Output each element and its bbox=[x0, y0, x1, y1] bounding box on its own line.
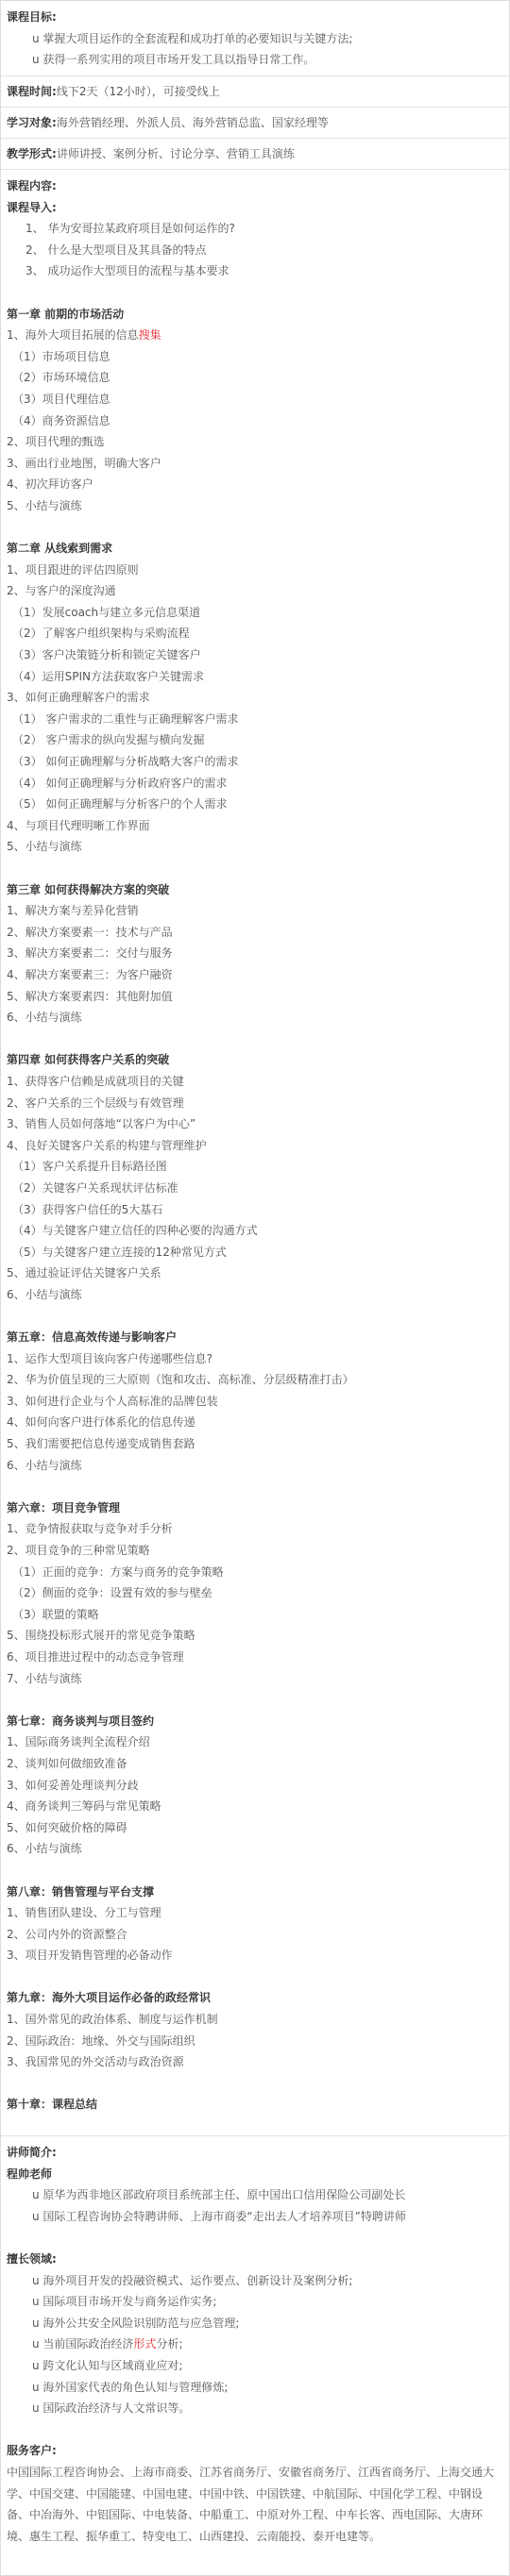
chapter-subitem: （3）项目代理信息 bbox=[7, 389, 503, 410]
chapter-subitem: （4） 如何正确理解与分析政府客户的需求 bbox=[7, 773, 503, 795]
chapter-item: 6、小结与演练 bbox=[7, 1838, 503, 1860]
chapter-item: 1、竞争情报获取与竞争对手分析 bbox=[7, 1518, 503, 1540]
content-row: 课程内容: 课程导入: 1、 华为安哥拉某政府项目是如何运作的? 2、 什么是大… bbox=[1, 170, 509, 2136]
expertise-item: u 海外公共安全风险识别防范与应急管理; bbox=[7, 2313, 503, 2334]
chapter-item: 1、销售团队建设、分工与管理 bbox=[7, 1902, 503, 1924]
intro-item: 1、 华为安哥拉某政府项目是如何运作的? bbox=[7, 218, 503, 240]
chapter-item: 4、良好关键客户关系的构建与管理维护 bbox=[7, 1135, 503, 1157]
chapter-subitem: （3）联盟的策略 bbox=[7, 1604, 503, 1626]
chapter-subitem: （2）市场环境信息 bbox=[7, 367, 503, 389]
chapter-item: 2、国际政治：地缘、外交与国际组织 bbox=[7, 2031, 503, 2052]
duration-label: 课程时间: bbox=[7, 85, 57, 98]
chapter-item: 2、华为价值呈现的三大原则（饱和攻击、高标准、分层级精准打击） bbox=[7, 1369, 503, 1391]
chapter-item: 4、如何向客户进行体系化的信息传递 bbox=[7, 1412, 503, 1433]
format-row: 教学形式:讲师讲授、案例分析、讨论分享、营销工具演练 bbox=[1, 139, 509, 170]
chapter-title: 第一章 前期的市场活动 bbox=[7, 304, 503, 326]
instructor-name: 程帅老师 bbox=[7, 2164, 503, 2185]
chapter-subitem: （1）发展coach与建立多元信息渠道 bbox=[7, 602, 503, 624]
chapter-item: 4、初次拜访客户 bbox=[7, 474, 503, 495]
chapter-item: 3、我国常见的外交活动与政治资源 bbox=[7, 2051, 503, 2073]
chapter-item: 3、销售人员如何落地“以客户为中心” bbox=[7, 1113, 503, 1135]
chapter-item: 1、项目跟进的评估四原则 bbox=[7, 560, 503, 581]
chapter-item: 1、国际商务谈判全流程介绍 bbox=[7, 1731, 503, 1753]
goal-item: u 获得一系列实用的项目市场开发工具以指导日常工作。 bbox=[7, 49, 503, 71]
audience-label: 学习对象: bbox=[7, 116, 57, 129]
chapter-subitem: （5）与关键客户建立连接的12种常见方式 bbox=[7, 1242, 503, 1263]
bio-item: u 原华为西非地区部政府项目系统部主任、原中国出口信用保险公司副处长 bbox=[7, 2184, 503, 2206]
highlighted-text: 搜集 bbox=[139, 328, 161, 342]
goals-label: 课程目标: bbox=[7, 7, 503, 28]
chapter-item: 6、小结与演练 bbox=[7, 1007, 503, 1029]
clients-label: 服务客户: bbox=[7, 2440, 503, 2462]
expertise-item: u 当前国际政治经济形式分析; bbox=[7, 2333, 503, 2355]
chapter-subitem: （1）市场项目信息 bbox=[7, 346, 503, 368]
chapter-item: 7、小结与演练 bbox=[7, 1668, 503, 1690]
chapter-subitem: （2） 客户需求的纵向发掘与横向发掘 bbox=[7, 729, 503, 751]
course-outline-card: 课程目标: u 掌握大项目运作的全套流程和成功打单的必要知识与关键方法; u 获… bbox=[0, 0, 510, 2576]
chapter-subitem: （3） 如何正确理解与分析战略大客户的需求 bbox=[7, 751, 503, 773]
chapter-item: 1、解决方案与差异化营销 bbox=[7, 900, 503, 922]
goal-item: u 掌握大项目运作的全套流程和成功打单的必要知识与关键方法; bbox=[7, 28, 503, 50]
chapter-item: 5、围绕投标形式展开的常见竞争策略 bbox=[7, 1625, 503, 1647]
chapter-item: 3、解决方案要素二：交付与服务 bbox=[7, 943, 503, 964]
chapter-title: 第二章 从线索到需求 bbox=[7, 538, 503, 560]
audience-value: 海外营销经理、外派人员、海外营销总监、国家经理等 bbox=[57, 116, 329, 129]
chapter-item: 5、小结与演练 bbox=[7, 495, 503, 517]
chapter-subitem: （1）正面的竞争：方案与商务的竞争策略 bbox=[7, 1562, 503, 1583]
clients-text: 中国国际工程咨询协会、上海市商委、江苏省商务厅、安徽省商务厅、江西省商务厅、上海… bbox=[7, 2462, 503, 2547]
chapter-subitem: （5） 如何正确理解与分析客户的个人需求 bbox=[7, 794, 503, 815]
chapter-item: 4、与项目代理明晰工作界面 bbox=[7, 815, 503, 837]
chapter-item: 5、解决方案要素四：其他附加值 bbox=[7, 986, 503, 1008]
chapter-item: 6、小结与演练 bbox=[7, 1455, 503, 1477]
chapter-item: 4、商务谈判三筹码与常见策略 bbox=[7, 1796, 503, 1817]
chapter-item: 6、小结与演练 bbox=[7, 1284, 503, 1306]
chapter-subitem: （4）运用SPIN方法获取客户关键需求 bbox=[7, 666, 503, 688]
chapter-subitem: （4）商务资源信息 bbox=[7, 410, 503, 432]
expertise-item: u 海外项目开发的投融资模式、运作要点、创新设计及案例分析; bbox=[7, 2270, 503, 2292]
chapter-title: 第九章：海外大项目运作必备的政经常识 bbox=[7, 1987, 503, 2009]
chapter-item: 5、通过验证评估关键客户关系 bbox=[7, 1263, 503, 1284]
chapter-item: 5、我们需要把信息传递变成销售套路 bbox=[7, 1433, 503, 1455]
expertise-item: u 海外国家代表的角色认知与管理修炼; bbox=[7, 2377, 503, 2399]
chapter-subitem: （3）获得客户信任的5大基石 bbox=[7, 1199, 503, 1221]
chapter-subitem: （2）了解客户组织架构与采购流程 bbox=[7, 623, 503, 644]
chapter-subitem: （4）与关键客户建立信任的四种必要的沟通方式 bbox=[7, 1220, 503, 1242]
chapter-item: 3、如何进行企业与个人高标准的品牌包装 bbox=[7, 1391, 503, 1413]
content-label: 课程内容: bbox=[7, 176, 503, 197]
audience-row: 学习对象:海外营销经理、外派人员、海外营销总监、国家经理等 bbox=[1, 108, 509, 139]
chapter-subitem: （3）客户决策链分析和锁定关键客户 bbox=[7, 644, 503, 666]
chapter-item: 4、解决方案要素三：为客户融资 bbox=[7, 964, 503, 986]
chapter-item: 6、项目推进过程中的动态竞争管理 bbox=[7, 1647, 503, 1668]
chapter-item: 3、如何正确理解客户的需求 bbox=[7, 687, 503, 709]
intro-item: 2、 什么是大型项目及其具备的特点 bbox=[7, 240, 503, 261]
chapter-item: 2、客户关系的三个层级与有效管理 bbox=[7, 1093, 503, 1114]
chapter-item: 1、运作大型项目该向客户传递哪些信息? bbox=[7, 1348, 503, 1370]
chapter-title: 第六章：项目竞争管理 bbox=[7, 1497, 503, 1519]
chapters-list: 第一章 前期的市场活动1、海外大项目拓展的信息搜集（1）市场项目信息（2）市场环… bbox=[7, 304, 503, 2116]
chapter-subitem: （1） 客户需求的二重性与正确理解客户需求 bbox=[7, 709, 503, 730]
chapter-item: 5、如何突破价格的障碍 bbox=[7, 1817, 503, 1839]
chapter-item: 1、海外大项目拓展的信息搜集 bbox=[7, 325, 503, 346]
chapter-item: 2、解决方案要素一：技术与产品 bbox=[7, 922, 503, 944]
chapter-subitem: （2）侧面的竞争：设置有效的参与壁垒 bbox=[7, 1582, 503, 1604]
chapter-subitem: （2）关键客户关系现状评估标准 bbox=[7, 1178, 503, 1199]
chapter-item: 1、获得客户信赖是成就项目的关键 bbox=[7, 1071, 503, 1093]
bio-item: u 国际工程咨询协会特聘讲师、上海市商委“走出去人才培养项目”特聘讲师 bbox=[7, 2206, 503, 2228]
chapter-item: 2、谈判如何做细致准备 bbox=[7, 1753, 503, 1775]
format-value: 讲师讲授、案例分析、讨论分享、营销工具演练 bbox=[57, 147, 295, 160]
chapter-item: 3、项目开发销售管理的必备动作 bbox=[7, 1945, 503, 1966]
intro-title: 课程导入: bbox=[7, 197, 503, 219]
chapter-item: 3、如何妥善处理谈判分歧 bbox=[7, 1775, 503, 1797]
instructor-label: 讲师简介: bbox=[7, 2142, 503, 2164]
chapter-title: 第十章：课程总结 bbox=[7, 2094, 503, 2116]
instructor-row: 讲师简介: 程帅老师 u 原华为西非地区部政府项目系统部主任、原中国出口信用保险… bbox=[1, 2136, 509, 2547]
chapter-title: 第七章：商务谈判与项目签约 bbox=[7, 1711, 503, 1732]
chapter-title: 第四章 如何获得客户关系的突破 bbox=[7, 1049, 503, 1071]
chapter-item: 5、小结与演练 bbox=[7, 836, 503, 858]
goals-row: 课程目标: u 掌握大项目运作的全套流程和成功打单的必要知识与关键方法; u 获… bbox=[1, 1, 509, 76]
chapter-title: 第三章 如何获得解决方案的突破 bbox=[7, 879, 503, 901]
expertise-item: u 国际项目市场开发与商务运作实务; bbox=[7, 2291, 503, 2313]
chapter-title: 第八章：销售管理与平台支撑 bbox=[7, 1882, 503, 1903]
chapter-item: 2、公司内外的资源整合 bbox=[7, 1924, 503, 1946]
chapter-item: 2、项目代理的甄选 bbox=[7, 431, 503, 453]
expertise-label: 擅长领域: bbox=[7, 2249, 503, 2270]
duration-value: 线下2天（12小时），可接受线上 bbox=[57, 85, 220, 98]
highlighted-text: 形式 bbox=[133, 2337, 156, 2350]
chapter-item: 3、画出行业地图，明确大客户 bbox=[7, 453, 503, 475]
expertise-list: u 海外项目开发的投融资模式、运作要点、创新设计及案例分析;u 国际项目市场开发… bbox=[7, 2270, 503, 2419]
chapter-subitem: （1）客户关系提升目标路径图 bbox=[7, 1156, 503, 1178]
format-label: 教学形式: bbox=[7, 147, 57, 160]
chapter-title: 第五章：信息高效传递与影响客户 bbox=[7, 1327, 503, 1348]
chapter-item: 1、国外常见的政治体系、制度与运作机制 bbox=[7, 2009, 503, 2031]
chapter-item: 2、与客户的深度沟通 bbox=[7, 580, 503, 602]
chapter-item: 2、项目竞争的三种常见策略 bbox=[7, 1540, 503, 1562]
expertise-item: u 国际政治经济与人文常识等。 bbox=[7, 2398, 503, 2419]
expertise-item: u 跨文化认知与区域商业应对; bbox=[7, 2355, 503, 2377]
intro-item: 3、 成功运作大型项目的流程与基本要求 bbox=[7, 260, 503, 282]
duration-row: 课程时间:线下2天（12小时），可接受线上 bbox=[1, 76, 509, 108]
